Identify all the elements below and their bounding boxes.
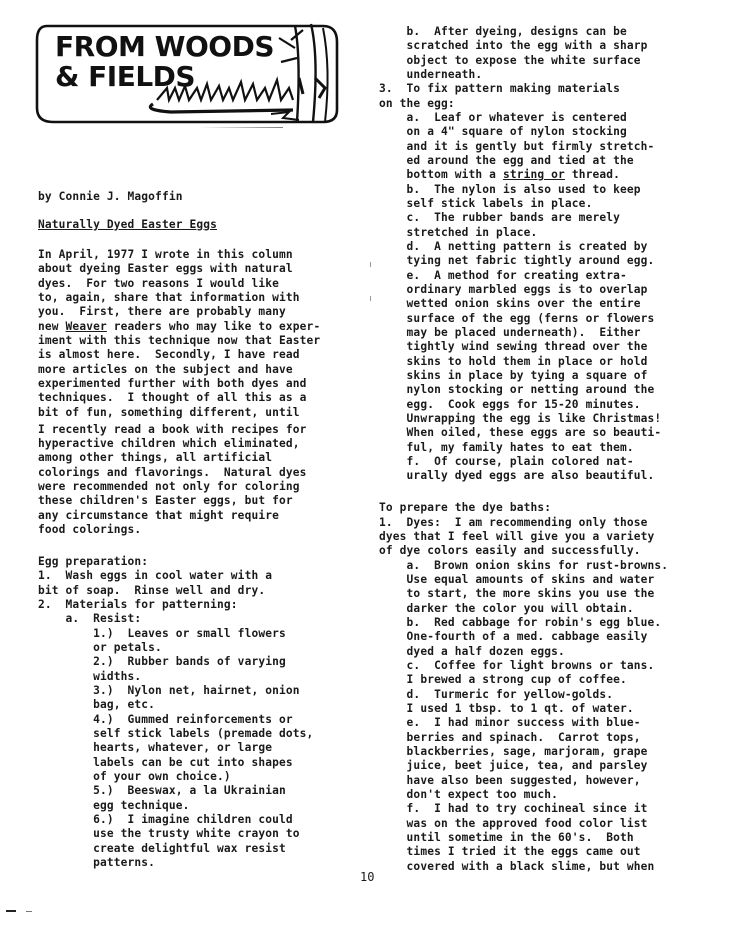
text-line: b. The nylon is also used to keep: [379, 183, 641, 197]
text-line: bit of soap. Rinse well and dry.: [38, 584, 265, 598]
text-line: dyes that I feel will give you a variety: [379, 530, 654, 544]
text-line: egg. Cook eggs for 15-20 minutes.: [379, 398, 641, 412]
text-line: c. Coffee for light browns or tans.: [379, 659, 654, 673]
text-line: surface of the egg (ferns or flowers: [379, 312, 654, 326]
text-line: I brewed a strong cup of coffee.: [379, 673, 627, 687]
text-line: a. Leaf or whatever is centered: [379, 111, 627, 125]
text-line: To prepare the dye baths:: [379, 501, 551, 515]
text-line: covered with a black slime, but when: [379, 860, 654, 874]
text-line: 3. To fix pattern making materials: [379, 82, 620, 96]
text-line: more articles on the subject and have: [38, 363, 293, 377]
text-line: d. Turmeric for yellow-golds.: [379, 688, 613, 702]
text-line: food colorings.: [38, 523, 141, 537]
scan-speck: [370, 262, 371, 267]
text-line: to start, the more skins you use the: [379, 587, 654, 601]
text-line: darker the color you will obtain.: [379, 602, 634, 616]
text-line: d. A netting pattern is created by: [379, 240, 648, 254]
text-line: In April, 1977 I wrote in this column: [38, 248, 293, 262]
text-line: egg technique.: [38, 799, 189, 813]
masthead-line1: FROM WOODS: [55, 32, 274, 62]
text-line: urally dyed eggs are also beautiful.: [379, 469, 654, 483]
text-line: tightly wind sewing thread over the: [379, 340, 648, 354]
text-line: iment with this technique now that Easte…: [38, 334, 320, 348]
text-line: tying net fabric tightly around egg.: [379, 254, 654, 268]
text-line: and it is gently but firmly stretch-: [379, 140, 654, 154]
text-line: a. Brown onion skins for rust-browns.: [379, 559, 668, 573]
text-line: use the trusty white crayon to: [38, 827, 300, 841]
text-line: b. After dyeing, designs can be: [379, 25, 627, 39]
text-line: self stick labels (premade dots,: [38, 727, 313, 741]
text-line: of your own choice.): [38, 770, 231, 784]
text-line: nylon stocking or netting around the: [379, 383, 654, 397]
text-line: ed around the egg and tied at the: [379, 154, 634, 168]
scan-artifact: [26, 911, 32, 912]
text-line: on a 4" square of nylon stocking: [379, 125, 627, 139]
text-line: create delightful wax resist: [38, 842, 286, 856]
text-line: 1. Dyes: I am recommending only those: [379, 516, 648, 530]
text-line: ordinary marbled eggs is to overlap: [379, 283, 648, 297]
masthead-title: FROM WOODS & FIELDS: [55, 32, 274, 92]
text-line: is almost here. Secondly, I have read: [38, 348, 300, 362]
text-line: on the egg:: [379, 97, 455, 111]
text-line: Unwrapping the egg is like Christmas!: [379, 412, 661, 426]
text-line: 1. Wash eggs in cool water with a: [38, 569, 272, 583]
text-line: was on the approved food color list: [379, 817, 648, 831]
text-line: c. The rubber bands are merely: [379, 211, 620, 225]
text-line: don't expect too much.: [379, 788, 558, 802]
text-line: or petals.: [38, 641, 162, 655]
text-line: experimented further with both dyes and: [38, 377, 307, 391]
text-line: any circumstance that might require: [38, 509, 279, 523]
text-line: skins to hold them in place or hold: [379, 355, 648, 369]
text-line: may be placed underneath). Either: [379, 326, 641, 340]
text-line: b. Red cabbage for robin's egg blue.: [379, 616, 661, 630]
underlined-text: Weaver: [66, 320, 107, 333]
text-line: blackberries, sage, marjoram, grape: [379, 745, 648, 759]
text-line: Use equal amounts of skins and water: [379, 573, 654, 587]
text-line: I used 1 tbsp. to 1 qt. of water.: [379, 702, 634, 716]
text-line: I recently read a book with recipes for: [38, 423, 307, 437]
text-line: f. Of course, plain colored nat-: [379, 455, 634, 469]
text-line: scratched into the egg with a sharp: [379, 39, 648, 53]
text-line: f. I had to try cochineal since it: [379, 802, 648, 816]
text-line: wetted onion skins over the entire: [379, 297, 641, 311]
text-line: 2.) Rubber bands of varying: [38, 655, 286, 669]
text-line: patterns.: [38, 856, 155, 870]
text-line: of dye colors easily and successfully.: [379, 544, 641, 558]
text-line: were recommended not only for coloring: [38, 480, 300, 494]
masthead-logo: FROM WOODS & FIELDS: [33, 18, 343, 128]
text-line: dyed a half dozen eggs.: [379, 645, 565, 659]
text-line: techniques. I thought of all this as a: [38, 391, 307, 405]
text-line: to, again, share that information with: [38, 291, 300, 305]
byline: by Connie J. Magoffin: [38, 190, 183, 204]
text-line: times I tried it the eggs came out: [379, 845, 641, 859]
scan-speck: [370, 296, 371, 301]
text-line: hyperactive children which eliminated,: [38, 437, 300, 451]
text-line: One-fourth of a med. cabbage easily: [379, 630, 648, 644]
text-line: bag, etc.: [38, 698, 155, 712]
text-line: 2. Materials for patterning:: [38, 598, 238, 612]
page-number: 10: [360, 870, 374, 884]
text-line: 3.) Nylon net, hairnet, onion: [38, 684, 300, 698]
document-page: FROM WOODS & FIELDS by Connie J. Magoffi…: [0, 0, 731, 948]
text-line: among other things, all artificial: [38, 451, 272, 465]
text-line: these children's Easter eggs, but for: [38, 494, 293, 508]
text-line: a. Resist:: [38, 612, 141, 626]
text-line: berries and spinach. Carrot tops,: [379, 731, 641, 745]
text-line: Egg preparation:: [38, 555, 148, 569]
text-line: stretched in place.: [379, 226, 537, 240]
text-line: widths.: [38, 670, 141, 684]
text-line: 1.) Leaves or small flowers: [38, 627, 286, 641]
text-line: juice, beet juice, tea, and parsley: [379, 759, 648, 773]
text-line: 4.) Gummed reinforcements or: [38, 713, 293, 727]
underlined-text: string or: [503, 168, 565, 181]
text-line: ful, my family hates to eat them.: [379, 441, 634, 455]
text-line: underneath.: [379, 68, 482, 82]
text-line: you. First, there are probably many: [38, 305, 286, 319]
text-line: self stick labels in place.: [379, 197, 592, 211]
text-line: 5.) Beeswax, a la Ukrainian: [38, 784, 286, 798]
text-line: When oiled, these eggs are so beauti-: [379, 426, 661, 440]
scan-artifact: [6, 910, 16, 912]
text-line: e. I had minor success with blue-: [379, 716, 641, 730]
text-line: have also been suggested, however,: [379, 774, 641, 788]
text-line: new Weaver readers who may like to exper…: [38, 320, 320, 334]
text-line: 6.) I imagine children could: [38, 813, 293, 827]
text-line: e. A method for creating extra-: [379, 269, 627, 283]
text-line: labels can be cut into shapes: [38, 756, 293, 770]
text-line: dyes. For two reasons I would like: [38, 277, 279, 291]
masthead-line2: & FIELDS: [55, 62, 274, 92]
text-line: bottom with a string or thread.: [379, 168, 620, 182]
text-line: colorings and flavorings. Natural dyes: [38, 466, 307, 480]
text-line: object to expose the white surface: [379, 54, 641, 68]
text-line: hearts, whatever, or large: [38, 741, 272, 755]
text-line: bit of fun, something different, until: [38, 406, 300, 420]
text-line: skins in place by tying a square of: [379, 369, 648, 383]
text-line: about dyeing Easter eggs with natural: [38, 262, 293, 276]
article-title: Naturally Dyed Easter Eggs: [38, 218, 217, 232]
text-line: until sometime in the 60's. Both: [379, 831, 634, 845]
